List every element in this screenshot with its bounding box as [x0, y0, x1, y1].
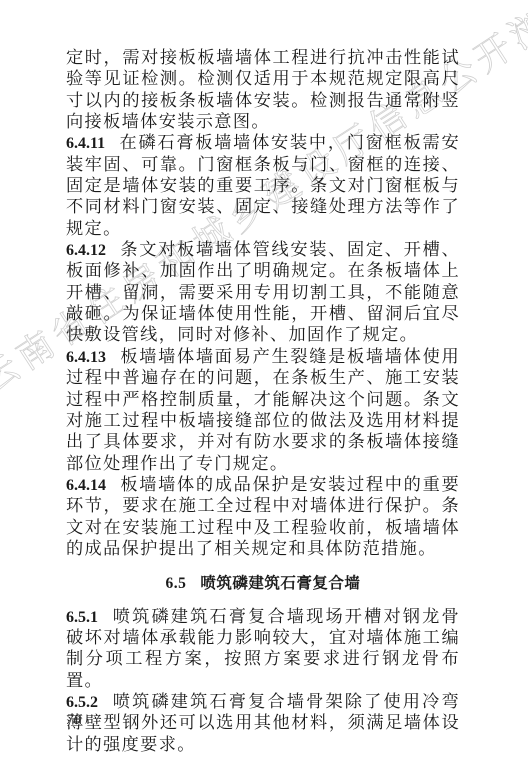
- clause-number: 6.5.1: [66, 609, 98, 626]
- clause-number: 6.4.13: [66, 349, 106, 366]
- clause-text: 喷筑磷建筑石膏复合墙骨架除了使用冷弯薄壁型钢外还可以选用其他材料，须满足墙体设计…: [66, 692, 460, 755]
- clause-6-4-14: 6.4.14板墙墙体的成品保护是安装过程中的重要环节，要求在施工全过程中对墙体进…: [66, 475, 460, 560]
- clause-text: 板墙墙体的成品保护是安装过程中的重要环节，要求在施工全过程中对墙体进行保护。条文…: [66, 475, 460, 559]
- section-heading: 6.5喷筑磷建筑石膏复合墙: [66, 573, 460, 594]
- clause-number: 6.5.2: [66, 694, 98, 711]
- clause-6-5-2: 6.5.2喷筑磷建筑石膏复合墙骨架除了使用冷弯薄壁型钢外还可以选用其他材料，须满…: [66, 692, 460, 756]
- paragraph-text: 定时，需对接板板墙墙体工程进行抗冲击性能试验等见证检测。检测仅适用于本规范规定限…: [66, 48, 460, 132]
- document-page: 云南省住房和城乡建设厅信息公开浏览专用 定时，需对接板板墙墙体工程进行抗冲击性能…: [0, 0, 528, 767]
- clause-number: 6.4.11: [66, 135, 105, 152]
- section-title: 喷筑磷建筑石膏复合墙: [200, 574, 360, 592]
- clause-text: 板墙墙体墙面易产生裂缝是板墙墙体使用过程中普遍存在的问题，在条板生产、施工安装过…: [66, 347, 460, 474]
- clause-6-5-1: 6.5.1喷筑磷建筑石膏复合墙现场开槽对钢龙骨破坏对墙体承载能力影响较大，宜对墙…: [66, 607, 460, 692]
- paragraph-continuation: 定时，需对接板板墙墙体工程进行抗冲击性能试验等见证检测。检测仅适用于本规范规定限…: [66, 48, 460, 133]
- clause-6-4-11: 6.4.11在磷石膏板墙墙体安装中，门窗框板需安装牢固、可靠。门窗框条板与门、窗…: [66, 133, 460, 240]
- clause-number: 6.4.12: [66, 242, 106, 259]
- page-number: 70: [66, 712, 81, 729]
- section-number: 6.5: [166, 575, 187, 592]
- clause-text: 在磷石膏板墙墙体安装中，门窗框板需安装牢固、可靠。门窗框条板与门、窗框的连接、固…: [66, 133, 460, 238]
- clause-text: 喷筑磷建筑石膏复合墙现场开槽对钢龙骨破坏对墙体承载能力影响较大，宜对墙体施工编制…: [66, 607, 460, 691]
- clause-6-4-13: 6.4.13板墙墙体墙面易产生裂缝是板墙墙体使用过程中普遍存在的问题，在条板生产…: [66, 347, 460, 475]
- clause-text: 条文对板墙墙体管线安装、固定、开槽、板面修补、加固作出了明确规定。在条板墙体上开…: [66, 240, 460, 345]
- clause-6-4-12: 6.4.12条文对板墙墙体管线安装、固定、开槽、板面修补、加固作出了明确规定。在…: [66, 240, 460, 347]
- page-body: 定时，需对接板板墙墙体工程进行抗冲击性能试验等见证检测。检测仅适用于本规范规定限…: [66, 48, 460, 756]
- clause-number: 6.4.14: [66, 477, 106, 494]
